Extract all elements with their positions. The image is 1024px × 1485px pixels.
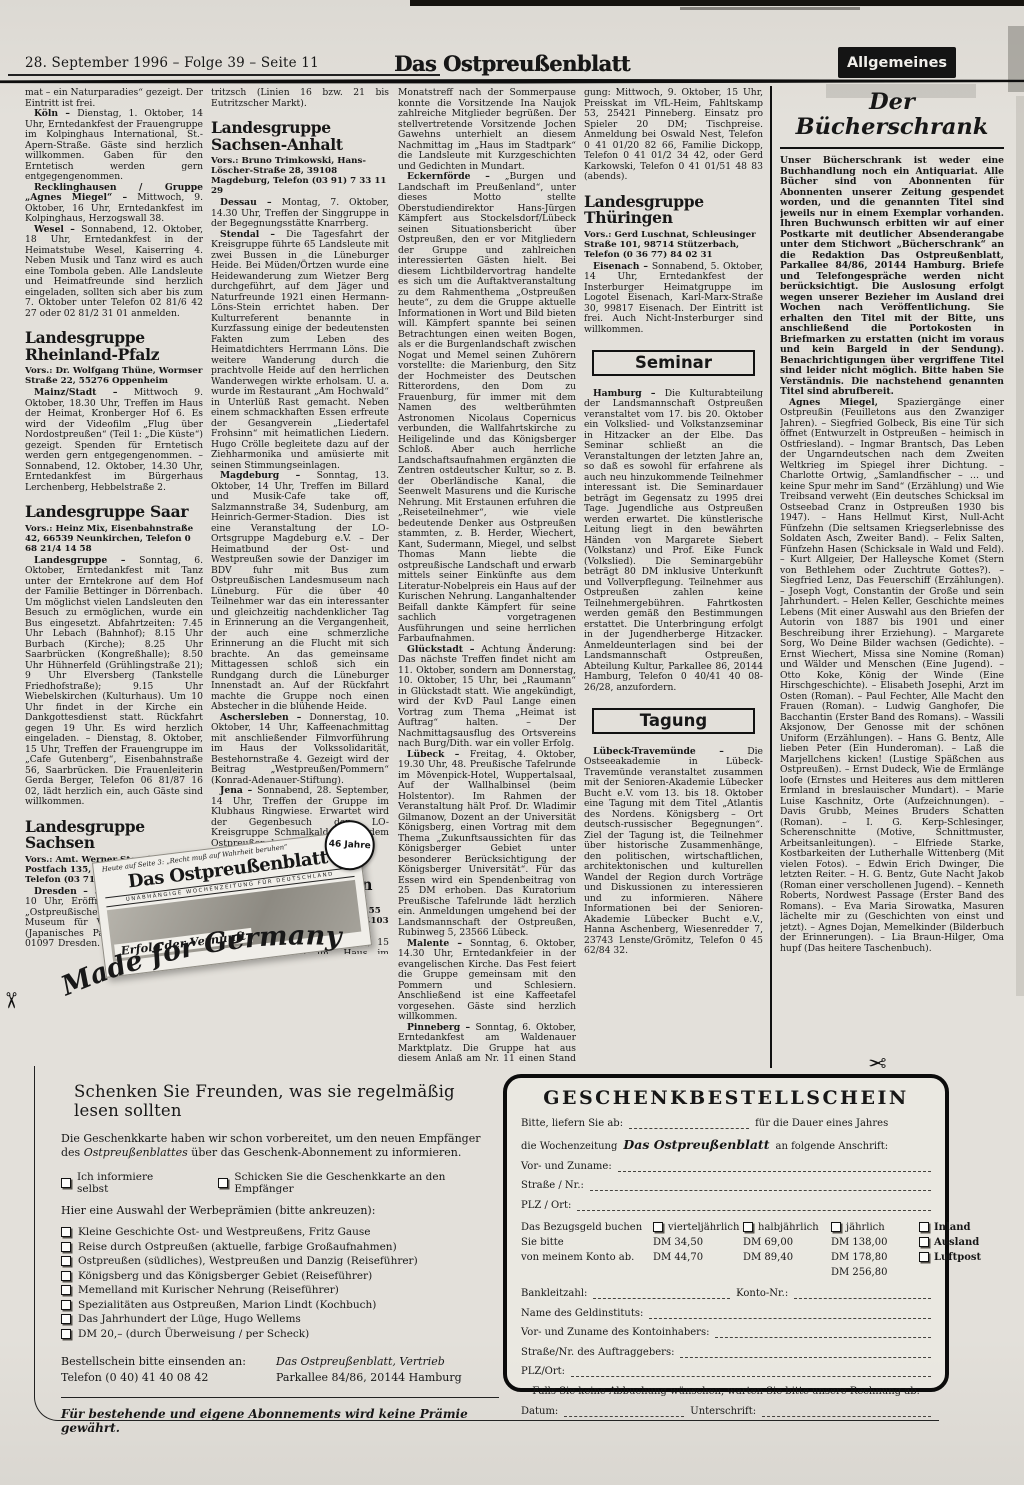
premium-item-label: Reise durch Ostpreußen (aktuelle, farbig… (78, 1240, 397, 1255)
column-buecherschrank: Der BücherschrankUnser Bücherschrank ist… (780, 88, 1004, 1064)
bank-label: Name des Geldinstituts: (521, 1308, 643, 1319)
article-paragraph: Hamburg – Die Kulturabteilung der Landsm… (584, 389, 763, 694)
article-paragraph: Mainz/Stadt – Mittwoch 9. Oktober, 18.30… (25, 388, 203, 493)
column-1: mat – ein Naturparadies“ gezeigt. Der Ei… (25, 88, 203, 946)
gift-intro-line1: Die Geschenkkarte haben wir schon vorber… (61, 1132, 480, 1145)
price-quarter-ausland: DM 44,70 (653, 1250, 739, 1265)
form-title: GESCHENKBESTELLSCHEIN (521, 1087, 931, 1109)
checkbox-icon[interactable] (831, 1222, 841, 1232)
boxed-section-heading: Seminar (592, 350, 755, 376)
premium-item[interactable]: Reise durch Ostpreußen (aktuelle, farbig… (61, 1240, 500, 1255)
date-field[interactable] (564, 1407, 684, 1417)
date-label: Datum: (521, 1406, 558, 1417)
konto-field[interactable] (794, 1289, 931, 1299)
price-year-inland: DM 138,00 (831, 1235, 915, 1250)
article-paragraph: Eisenach – Sonnabend, 5. Oktober, 14 Uhr… (584, 262, 763, 336)
konto-label: Konto-Nr.: (736, 1288, 788, 1299)
debit-label-line1: Das Bezugsgeld buchen Sie bitte (521, 1220, 649, 1250)
article-paragraph: Magdeburg – Sonntag, 13. Oktober, 14 Uhr… (211, 471, 389, 713)
column-divider-rule (770, 86, 772, 1068)
premium-item-label: Memelland mit Kurischer Nehrung (Reisefü… (78, 1283, 339, 1298)
send-to-block: Bestellschein bitte einsenden an: Das Os… (61, 1355, 500, 1384)
blz-label: Bankleitzahl: (521, 1288, 587, 1299)
holder-label: Vor- und Zuname des Kontoinhabers: (521, 1327, 709, 1338)
deliver-from-label: Bitte, liefern Sie ab: (521, 1118, 623, 1129)
article-paragraph: Stendal – Die Tagesfahrt der Kreisgruppe… (211, 230, 389, 472)
option-ausland-label: Ausland (934, 1235, 979, 1250)
option-quarterly[interactable]: vierteljährlich (653, 1220, 739, 1235)
premium-item-label: Das Jahrhundert der Lüge, Hugo Wellems (78, 1312, 301, 1327)
gift-intro-line2b: über das Geschenk-Abonnement zu informie… (188, 1146, 462, 1159)
gift-headline: Schenken Sie Freunden, was sie regelmäßi… (74, 1082, 500, 1120)
option-inland[interactable]: Inland (919, 1220, 981, 1235)
article-paragraph: Glückstadt – Achtung Änderung: Das nächs… (398, 645, 576, 750)
landesgruppe-heading: Landesgruppe Rheinland-Pfalz (25, 330, 203, 363)
print-artifact (410, 0, 1024, 6)
payer-city-label: PLZ/Ort: (521, 1366, 565, 1377)
gift-option-self-label: Ich informiere selbst (77, 1171, 184, 1195)
chairman-line: Vors.: Bruno Trimkowski, Hans-Löscher-St… (211, 156, 389, 196)
gift-promo-block: Schenken Sie Freunden, was sie regelmäßi… (48, 1076, 500, 1435)
newspaper-page: 28. September 1996 – Folge 39 – Seite 11… (0, 0, 1024, 1485)
article-paragraph: Landesgruppe – Sonntag, 6. Oktober, Ernt… (25, 556, 203, 808)
payment-options: Das Bezugsgeld buchen Sie bitte von mein… (521, 1220, 931, 1280)
landesgruppe-heading: Landesgruppe Sachsen-Anhalt (211, 120, 389, 153)
chairman-line: Vors.: Heinz Mix, Eisenbahnstraße 42, 66… (25, 524, 203, 554)
premium-item[interactable]: Königsberg und das Königsberger Gebiet (… (61, 1269, 500, 1284)
premium-item[interactable]: Memelland mit Kurischer Nehrung (Reisefü… (61, 1283, 500, 1298)
landesgruppe-heading: Landesgruppe Saar (25, 504, 203, 521)
option-halfyear-label: halbjährlich (758, 1220, 819, 1235)
duration-label: für die Dauer eines Jahres (755, 1118, 888, 1129)
no-debit-note: Falls Sie keine Abbuchung wünschen, wart… (521, 1386, 931, 1397)
premium-list: Kleine Geschichte Ost- und Westpreußens,… (48, 1225, 500, 1341)
option-inland-label: Inland (934, 1220, 971, 1235)
curved-slogan: Made for Germany (52, 900, 442, 1012)
gift-option-send-label: Schicken Sie die Geschenkkarte an den Em… (234, 1171, 500, 1195)
article-paragraph: Unser Bücherschrank ist weder eine Buchh… (780, 156, 1004, 398)
deliver-from-field[interactable] (629, 1119, 749, 1129)
article-paragraph: mat – ein Naturparadies“ gezeigt. Der Ei… (25, 88, 203, 109)
article-paragraph: Köln – Dienstag, 1. Oktober, 14 Uhr, Ern… (25, 109, 203, 183)
paper-name: Das Ostpreußenblatt (623, 1137, 769, 1152)
weekly-paper-prefix: die Wochenzeitung (521, 1141, 617, 1152)
chairman-line: Vors.: Dr. Wolfgang Thüne, Wormser Straß… (25, 366, 203, 386)
premium-item[interactable]: Das Jahrhundert der Lüge, Hugo Wellems (61, 1312, 500, 1327)
option-quarterly-label: vierteljährlich (668, 1220, 739, 1235)
article-paragraph: gung: Mittwoch, 9. Oktober, 15 Uhr, Prei… (584, 88, 763, 183)
checkbox-icon[interactable] (61, 1178, 71, 1188)
weekly-paper-suffix: an folgende Anschrift: (775, 1141, 888, 1152)
checkbox-icon[interactable] (61, 1285, 71, 1295)
signature-field[interactable] (762, 1407, 931, 1417)
premium-item-label: Kleine Geschichte Ost- und Westpreußens,… (78, 1225, 370, 1240)
recipient-name-field[interactable] (618, 1162, 931, 1172)
svg-text:Made for Germany: Made for Germany (56, 920, 344, 1002)
gift-option-send-card[interactable]: Schicken Sie die Geschenkkarte an den Em… (218, 1171, 500, 1195)
checkbox-icon[interactable] (61, 1329, 71, 1339)
option-halfyear[interactable]: halbjährlich (743, 1220, 827, 1235)
premium-item[interactable]: Kleine Geschichte Ost- und Westpreußens,… (61, 1225, 500, 1240)
article-paragraph: Agnes Miegel, Spaziergänge einer Ostpreu… (780, 398, 1004, 955)
no-premium-footer: Für bestehende und eigene Abonnements wi… (61, 1397, 499, 1435)
send-to-phone: Telefon (0 40) 41 40 08 42 (61, 1371, 276, 1384)
scissors-icon: ✂ (0, 991, 23, 1009)
payer-street-label: Straße/Nr. des Auftraggebers: (521, 1347, 674, 1358)
blz-field[interactable] (593, 1289, 730, 1299)
payer-city-field[interactable] (571, 1367, 931, 1377)
print-artifact (1016, 96, 1024, 996)
recipient-city-label: PLZ / Ort: (521, 1200, 571, 1211)
checkbox-icon[interactable] (61, 1227, 71, 1237)
price-half-inland: DM 69,00 (743, 1235, 827, 1250)
premium-item-label: DM 20,– (durch Überweisung / per Scheck) (78, 1327, 309, 1342)
option-yearly[interactable]: jährlich (831, 1220, 915, 1235)
checkbox-icon[interactable] (61, 1256, 71, 1266)
checkbox-icon[interactable] (61, 1242, 71, 1252)
recipient-name-label: Vor- und Zuname: (521, 1161, 612, 1172)
option-yearly-label: jährlich (846, 1220, 885, 1235)
checkbox-icon[interactable] (919, 1222, 929, 1232)
print-artifact (680, 7, 860, 10)
premium-intro: Hier eine Auswahl der Werbeprämien (bitt… (61, 1204, 500, 1217)
holder-field[interactable] (715, 1328, 931, 1338)
price-year-ausland: DM 178,80 (831, 1250, 915, 1265)
checkbox-icon[interactable] (653, 1222, 663, 1232)
debit-label-line2: von meinem Konto ab. (521, 1250, 649, 1265)
recipient-city-field[interactable] (577, 1201, 931, 1211)
checkbox-icon[interactable] (218, 1178, 228, 1188)
premium-item-label: Ostpreußen (südliches), Westpreußen und … (78, 1254, 418, 1269)
article-paragraph: Dessau – Montag, 7. Oktober, 14.30 Uhr, … (211, 198, 389, 230)
option-ausland[interactable]: Ausland (919, 1235, 981, 1250)
article-paragraph: Monatstreff nach der Sommerpause konnte … (398, 88, 576, 172)
premium-item[interactable]: Spezialitäten aus Ostpreußen, Marion Lin… (61, 1298, 500, 1313)
column-4: gung: Mittwoch, 9. Oktober, 15 Uhr, Prei… (584, 88, 763, 1064)
article-paragraph: Lübeck-Travemünde – Die Ostseeakademie i… (584, 747, 763, 957)
article-paragraph: Eckernförde – „Burgen und Landschaft im … (398, 172, 576, 645)
checkbox-icon[interactable] (61, 1271, 71, 1281)
landesgruppe-heading: Landesgruppe Thüringen (584, 194, 763, 227)
gift-options-row: Ich informiere selbst Schicken Sie die G… (61, 1171, 500, 1195)
premium-item[interactable]: DM 20,– (durch Überweisung / per Scheck) (61, 1327, 500, 1342)
checkbox-icon[interactable] (61, 1300, 71, 1310)
recipient-street-field[interactable] (590, 1181, 931, 1191)
bank-field[interactable] (649, 1309, 931, 1319)
article-paragraph: tritzsch (Linien 16 bzw. 21 bis Eutritzs… (211, 88, 389, 109)
option-luftpost[interactable]: Luftpost (919, 1250, 981, 1265)
checkbox-icon[interactable] (743, 1222, 753, 1232)
price-quarter-inland: DM 34,50 (653, 1235, 739, 1250)
option-luftpost-label: Luftpost (934, 1250, 981, 1265)
article-paragraph: Wesel – Sonnabend, 12. Oktober, 18 Uhr, … (25, 225, 203, 320)
premium-item-label: Spezialitäten aus Ostpreußen, Marion Lin… (78, 1298, 376, 1313)
article-paragraph: Recklinghausen / Gruppe „Agnes Miegel“ –… (25, 183, 203, 225)
checkbox-icon[interactable] (919, 1252, 929, 1262)
send-to-addr2: Parkallee 84/86, 20144 Hamburg (276, 1371, 500, 1384)
gift-intro-paper-name: Ostpreußenblattes (84, 1146, 188, 1159)
promo-graphic: Heute auf Seite 3: „Recht muß auf Wahrhe… (52, 842, 442, 1012)
payer-street-field[interactable] (680, 1348, 931, 1358)
price-year-luftpost: DM 256,80 (831, 1265, 915, 1280)
section-label: Allgemeines (838, 47, 956, 78)
article-paragraph: Pinneberg – Sonntag, 6. Oktober, Ernteda… (398, 1023, 576, 1065)
article-paragraph: Aschersleben – Donnerstag, 10. Oktober, … (211, 713, 389, 787)
buecherschrank-title: Der Bücherschrank (780, 88, 1004, 149)
price-half-ausland: DM 89,40 (743, 1250, 827, 1265)
send-to-label: Bestellschein bitte einsenden an: (61, 1355, 276, 1368)
boxed-section-heading: Tagung (592, 708, 755, 734)
signature-label: Unterschrift: (690, 1406, 756, 1417)
checkbox-icon[interactable] (61, 1314, 71, 1324)
gift-order-form: GESCHENKBESTELLSCHEIN Bitte, liefern Sie… (503, 1074, 949, 1392)
gift-option-self[interactable]: Ich informiere selbst (61, 1171, 184, 1195)
recipient-street-label: Straße / Nr.: (521, 1180, 584, 1191)
premium-item-label: Königsberg und das Königsberger Gebiet (… (78, 1269, 372, 1284)
gift-intro-line2a: des (61, 1146, 84, 1159)
gift-intro: Die Geschenkkarte haben wir schon vorber… (61, 1132, 497, 1160)
chairman-line: Vors.: Gerd Luschnat, Schleusinger Straß… (584, 230, 763, 260)
header-rule-thick (0, 79, 1024, 84)
checkbox-icon[interactable] (919, 1237, 929, 1247)
premium-item[interactable]: Ostpreußen (südliches), Westpreußen und … (61, 1254, 500, 1269)
send-to-addr1: Das Ostpreußenblatt, Vertrieb (276, 1355, 500, 1368)
